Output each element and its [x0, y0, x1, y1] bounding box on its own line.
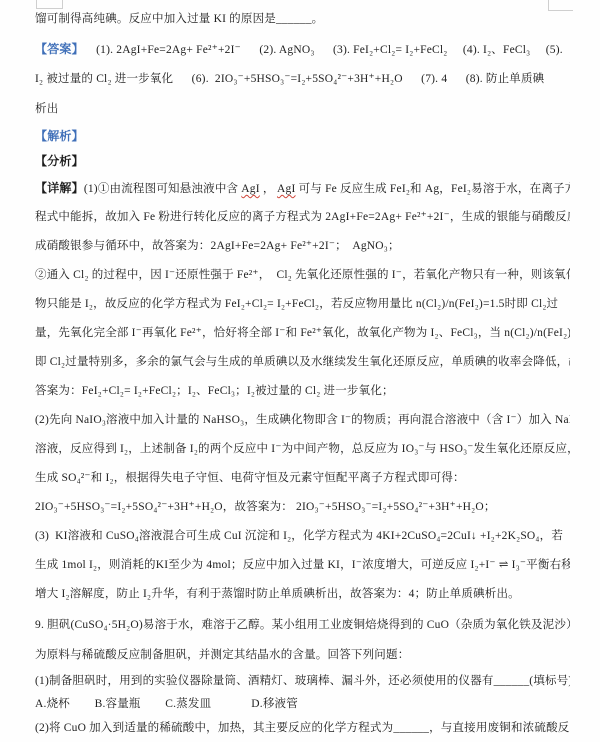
xiangjie-line-2: 程式中能拆，故加入 Fe 粉进行转化反应的离子方程式为 2AgI+Fe=2Ag+…	[35, 203, 570, 232]
xiangjie-line-13: (3) KI溶液和 CuSO₄溶液混合可生成 CuI 沉淀和 I₂，化学方程式为…	[35, 522, 570, 551]
xiangjie-line-15-text: 增大 I₂溶解度，防止 I₂升华，有利于蒸馏时防止单质碘析出，故答案为：4；防止…	[35, 588, 520, 600]
question9-options: A.烧杯 B.容量瓶 C.蒸发皿 D.移液管	[35, 693, 570, 716]
answer-line-3: 析出	[35, 94, 570, 124]
xiangjie-line-12: 2IO₃⁻+5HSO₃⁻=I₂+5SO₄²⁻+3H⁺+H₂O，故答案为： 2IO…	[35, 493, 570, 522]
xiangjie-line-9-text: (2)先向 NaIO₃溶液中加入计量的 NaHSO₃，生成碘化物即含 I⁻的物质…	[35, 414, 570, 426]
xiangjie-line-4-text: ②通入 Cl₂ 的过程中，因 I⁻还原性强于 Fe²⁺， Cl₂ 先氧化还原性强…	[35, 269, 570, 281]
spellcheck-word: AgI	[277, 183, 296, 195]
xiangjie-line-9: (2)先向 NaIO₃溶液中加入计量的 NaHSO₃，生成碘化物即含 I⁻的物质…	[35, 406, 570, 435]
fenxi-label: 【分析】	[35, 154, 84, 168]
xiangjie-line-1-text: ，	[260, 183, 277, 195]
question9-line-1: 9. 胆矾(CuSO₄·5H₂O)易溶于水，难溶于乙醇。某小组用工业废铜焙烧得到…	[35, 609, 570, 642]
question9-sub1-text: (1)制备胆矾时，用到的实验仪器除量筒、酒精灯、玻璃棒、漏斗外，还必须使用的仪器…	[35, 675, 570, 687]
spellcheck-word: AgI	[241, 183, 260, 195]
fenxi-line: 【分析】	[35, 149, 570, 174]
document-page: 馏可制得高纯碘。反应中加入过量 KI 的原因是______。【答案】 (1). …	[0, 0, 600, 742]
xiangjie-line-8-text: 答案为：FeI₂+Cl₂= I₂+FeCl₂；I₂、FeCl₃；I₂被过量的 C…	[35, 385, 394, 397]
xiangjie-line-11-text: 生成 SO₄²⁻和 I₂，根据得失电子守恒、电荷守恒及元素守恒配平离子方程式即可…	[35, 472, 465, 484]
answer-line-1-text: (1). 2AgI+Fe=2Ag+ Fe²⁺+2I⁻ (2). AgNO₃ (3…	[84, 44, 563, 56]
xiangjie-line-3-text: 成硝酸银参与循环中，故答案为：2AgI+Fe=2Ag+ Fe²⁺+2I⁻； Ag…	[35, 240, 400, 252]
question9-options-text: A.烧杯 B.容量瓶 C.蒸发皿 D.移液管	[35, 698, 298, 710]
answer-line-2: I₂ 被过量的 Cl₂ 进一步氧化 (6). 2IO₃⁻+5HSO₃⁻=I₂+5…	[35, 64, 570, 94]
question9-sub1: (1)制备胆矾时，用到的实验仪器除量筒、酒精灯、玻璃棒、漏斗外，还必须使用的仪器…	[35, 669, 570, 693]
question9-line-2-text: 为原料与稀硫酸反应制备胆矾，并测定其结晶水的含量。回答下列问题：	[35, 649, 409, 661]
xiangjie-label: 【详解】	[35, 181, 84, 195]
xiangjie-line-6: 量，先氧化完全部 I⁻再氧化 Fe²⁺，恰好将全部 I⁻和 Fe²⁺氧化，故氧化…	[35, 319, 570, 348]
jiexi-label: 【解析】	[35, 129, 84, 143]
xiangjie-line-7: 即 Cl₂过量特别多，多余的氯气会与生成的单质碘以及水继续发生氧化还原反应，单质…	[35, 348, 570, 377]
xiangjie-line-8: 答案为：FeI₂+Cl₂= I₂+FeCl₂；I₂、FeCl₃；I₂被过量的 C…	[35, 377, 570, 406]
xiangjie-line-1-text: (1)①由流程图可知悬浊液中含	[84, 183, 241, 195]
answer-line-1: 【答案】 (1). 2AgI+Fe=2Ag+ Fe²⁺+2I⁻ (2). AgN…	[35, 34, 570, 64]
question9-sub2: (2)将 CuO 加入到适量的稀硫酸中，加热，其主要反应的化学方程式为_____…	[35, 716, 570, 740]
xiangjie-line-10-text: 溶液，反应得到 I₂，上述制备 I₂的两个反应中 I⁻为中间产物，总反应为 IO…	[35, 443, 570, 455]
stem-continuation-line-text: 馏可制得高纯碘。反应中加入过量 KI 的原因是______。	[35, 13, 323, 25]
stem-continuation-line: 馏可制得高纯碘。反应中加入过量 KI 的原因是______。	[35, 4, 570, 34]
xiangjie-line-11: 生成 SO₄²⁻和 I₂，根据得失电子守恒、电荷守恒及元素守恒配平离子方程式即可…	[35, 464, 570, 493]
xiangjie-line-5-text: 物只能是 I₂，故反应的化学方程式为 FeI₂+Cl₂= I₂+FeCl₂，若反…	[35, 298, 558, 310]
xiangjie-line-12-text: 2IO₃⁻+5HSO₃⁻=I₂+5SO₄²⁻+3H⁺+H₂O，故答案为： 2IO…	[35, 501, 496, 513]
xiangjie-line-14: 生成 1mol I₂，则消耗的KI至少为 4mol；反应中加入过量 KI，I⁻浓…	[35, 551, 570, 580]
xiangjie-line-1: 【详解】(1)①由流程图可知悬浊液中含 AgI ， AgI 可与 Fe 反应生成…	[35, 174, 570, 203]
document-body: 馏可制得高纯碘。反应中加入过量 KI 的原因是______。【答案】 (1). …	[0, 0, 600, 742]
xiangjie-line-6-text: 量，先氧化完全部 I⁻再氧化 Fe²⁺，恰好将全部 I⁻和 Fe²⁺氧化，故氧化…	[35, 327, 570, 339]
xiangjie-line-15: 增大 I₂溶解度，防止 I₂升华，有利于蒸馏时防止单质碘析出，故答案为：4；防止…	[35, 580, 570, 609]
xiangjie-line-3: 成硝酸银参与循环中，故答案为：2AgI+Fe=2Ag+ Fe²⁺+2I⁻； Ag…	[35, 232, 570, 261]
xiangjie-line-1-text: 可与 Fe 反应生成 FeI₂和 Ag，FeI₂易溶于水，在离子方	[296, 183, 570, 195]
xiangjie-line-14-text: 生成 1mol I₂，则消耗的KI至少为 4mol；反应中加入过量 KI，I⁻浓…	[35, 559, 570, 571]
answer-label: 【答案】	[35, 42, 84, 56]
xiangjie-line-13-text: (3) KI溶液和 CuSO₄溶液混合可生成 CuI 沉淀和 I₂，化学方程式为…	[35, 530, 563, 542]
xiangjie-line-10: 溶液，反应得到 I₂，上述制备 I₂的两个反应中 I⁻为中间产物，总反应为 IO…	[35, 435, 570, 464]
question9-line-2: 为原料与稀硫酸反应制备胆矾，并测定其结晶水的含量。回答下列问题：	[35, 642, 570, 669]
jiexi-line: 【解析】	[35, 124, 570, 149]
question9-sub2-text: (2)将 CuO 加入到适量的稀硫酸中，加热，其主要反应的化学方程式为_____…	[35, 722, 569, 734]
xiangjie-line-4: ②通入 Cl₂ 的过程中，因 I⁻还原性强于 Fe²⁺， Cl₂ 先氧化还原性强…	[35, 261, 570, 290]
xiangjie-line-2-text: 程式中能拆，故加入 Fe 粉进行转化反应的离子方程式为 2AgI+Fe=2Ag+…	[35, 211, 570, 223]
xiangjie-line-5: 物只能是 I₂，故反应的化学方程式为 FeI₂+Cl₂= I₂+FeCl₂，若反…	[35, 290, 570, 319]
answer-line-2-text: I₂ 被过量的 Cl₂ 进一步氧化 (6). 2IO₃⁻+5HSO₃⁻=I₂+5…	[35, 73, 544, 85]
xiangjie-line-7-text: 即 Cl₂过量特别多，多余的氯气会与生成的单质碘以及水继续发生氧化还原反应，单质…	[35, 356, 570, 368]
question9-line-1-text: 9. 胆矾(CuSO₄·5H₂O)易溶于水，难溶于乙醇。某小组用工业废铜焙烧得到…	[35, 619, 570, 631]
answer-line-3-text: 析出	[35, 103, 58, 115]
